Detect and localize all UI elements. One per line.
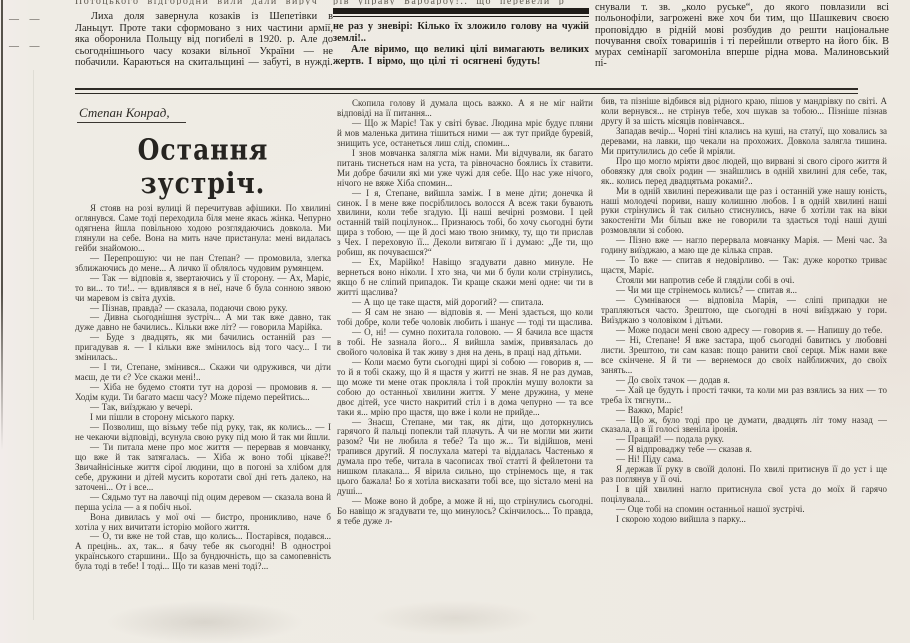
paragraph: — О, ти вже не той став, що колись... По… <box>75 532 331 572</box>
paragraph: Ми в одній хвилині переживали ще раз і о… <box>601 187 887 237</box>
paragraph: І знов мовчанка залягла між нами. Ми від… <box>337 149 593 189</box>
paragraph: — О, ні! — сумно похитала головою. — Я б… <box>337 328 593 358</box>
paragraph-list: Я стояв на розі вулиці й перечитував афі… <box>75 204 331 572</box>
paragraph: снували т. зв. „коло руське“, до якого п… <box>595 2 889 70</box>
thick-rule <box>333 8 589 17</box>
paragraph-list: Скопила голову й думала щось важко. А я … <box>337 99 593 527</box>
paragraph: — І ти, Степане, змінився... Скажи чи од… <box>75 363 331 383</box>
paragraph: — Перепрошую: чи не пан Степан? — промов… <box>75 254 331 274</box>
scan-edge-line <box>1 0 3 450</box>
paragraph: Лиха доля завернула козаків із Шепетівки… <box>75 11 333 69</box>
paragraph: — Може воно й добре, а може й ні, що стр… <box>337 497 593 527</box>
article-byline: Степан Конрад, <box>77 105 186 123</box>
paragraph: — Я сам не знаю — відповів я. — Мені зда… <box>337 308 593 328</box>
paragraph: — Позволиш, що візьму тебе під руку, так… <box>75 423 331 443</box>
paragraph: І в цій хвилині нагло притиснула свої ус… <box>601 485 887 505</box>
paragraph: — Що ж Маріє! Так у світі буває. Людина … <box>337 119 593 149</box>
paragraph: — Важко, Маріє! <box>601 406 887 416</box>
clipped-line-top: рів управу Барбароу!.. що перевели р <box>333 0 589 5</box>
paragraph: Вона дивилась у мої очі — бистро, проник… <box>75 513 331 533</box>
double-rule-divider <box>75 88 858 94</box>
paragraph: Я держав її руку в своїй долоні. По хвил… <box>601 465 887 485</box>
article-column-1: Степан Конрад, Остання зустріч. Я стояв … <box>75 101 331 595</box>
article-column-3: бив, та пізніше відбився від рідного кра… <box>601 97 887 595</box>
paragraph: Про що могло мріяти двоє людей, що вирва… <box>601 157 887 187</box>
article-column-2: Скопила голову й думала щось важко. А я … <box>337 99 593 595</box>
paragraph: — Хай це будуть і прості тачки, та коли … <box>601 386 887 406</box>
paragraph: Я стояв на розі вулиці й перечитував афі… <box>75 204 331 254</box>
paragraph: — Сядьмо тут на лавочці під оцим деревом… <box>75 493 331 513</box>
article-title: Остання зустріч. <box>75 133 331 200</box>
top-fragment-right: снували т. зв. „коло руське“, до якого п… <box>595 0 889 86</box>
paragraph: — Ні, Степане! Я вже застара, щоб сьогод… <box>601 336 887 376</box>
paragraph: Але віримо, що великі цілі вимагають вел… <box>333 44 589 67</box>
newspaper-page: — — — — Потоцького відгородни вили дали … <box>0 0 910 643</box>
paragraph: — Ти питала мене про моє життя — перерва… <box>75 443 331 493</box>
top-fragment-left: Потоцького відгородни вили дали вируч Ли… <box>75 0 333 87</box>
paragraph: — Дивна сьогоднішня зустріч... А ми так … <box>75 313 331 333</box>
paragraph: — Хіба не будемо стояти тут на дорозі — … <box>75 383 331 403</box>
clipped-line-top: Потоцького відгородни вили дали вируч <box>75 0 333 5</box>
paragraph: — Знаєш, Степане, ми так, як діти, що до… <box>337 418 593 498</box>
margin-dash: — — <box>9 6 71 33</box>
paragraph-list: бив, та пізніше відбився від рідного кра… <box>601 97 887 525</box>
paragraph: — Що ж, було тоді про це думати, двадцят… <box>601 416 887 436</box>
fold-line <box>33 70 34 620</box>
paragraph: — Ех, Марійко! Навіщо згадувати давно ми… <box>337 258 593 298</box>
paragraph: — І я, Степане, вийшла заміж. І в мене д… <box>337 189 593 259</box>
paragraph: Скопила голову й думала щось важко. А я … <box>337 99 593 119</box>
paragraph: — Коли маємо бути сьогодні щирі зі собою… <box>337 358 593 418</box>
top-fragment-middle: рів управу Барбароу!.. що перевели р не … <box>333 0 589 87</box>
paragraph: — Сумніваюся — відповіла Марія, — сліпі … <box>601 296 887 326</box>
paragraph: — Буде з двадцять, як ми бачились останн… <box>75 333 331 363</box>
paragraph: не раз у зневірі: Кілько їх зложило голо… <box>333 21 589 44</box>
paragraph: — Пізно вже — нагло перервала мовчанку М… <box>601 236 887 256</box>
paragraph: — То вже — спитав я недовірливо. — Так: … <box>601 256 887 276</box>
margin-dash: — — <box>9 33 71 60</box>
paragraph-list: не раз у зневірі: Кілько їх зложило голо… <box>333 21 589 67</box>
paragraph: — Так — відповів я, звертаючись у її сто… <box>75 274 331 304</box>
paragraph: бив, та пізніше відбився від рідного кра… <box>601 97 887 127</box>
margin-dash-marks: — — — — <box>9 6 71 60</box>
paragraph: І скорою ходою вийшла з парку... <box>601 515 887 525</box>
paragraph: Западав вечір... Чорні тіні клались на к… <box>601 127 887 157</box>
